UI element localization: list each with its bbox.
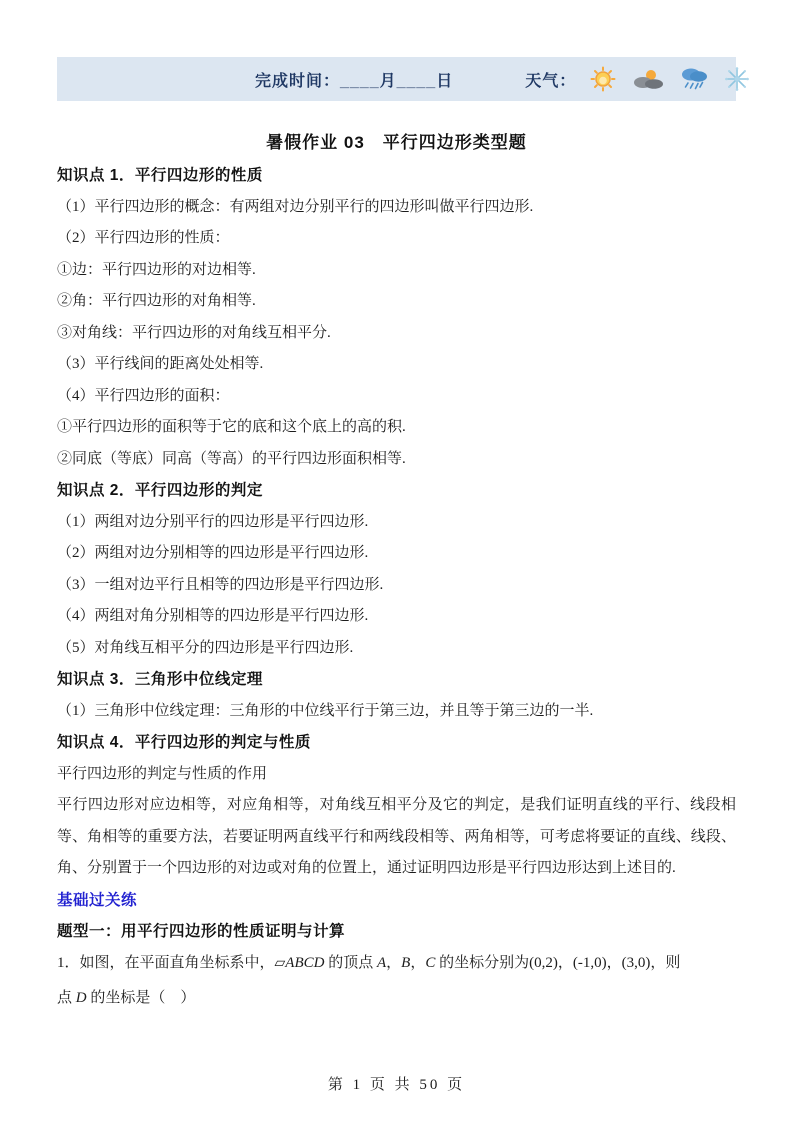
document-body: 知识点 1．平行四边形的性质 （1）平行四边形的概念：有两组对边分别平行的四边形… [57,160,736,1015]
knowledge3-item: （1）三角形中位线定理：三角形的中位线平行于第三边，并且等于第三边的一半. [57,696,736,728]
sun-icon [590,66,616,92]
completion-time-label: 完成时间：____月____日 [255,68,453,91]
knowledge1-heading: 知识点 1．平行四边形的性质 [57,160,736,192]
practice-section-label: 基础过关练 [57,885,736,917]
page-footer: 第 1 页 共 50 页 [0,1073,793,1094]
knowledge2-item: （1）两组对边分别平行的四边形是平行四边形. [57,507,736,539]
knowledge1-subitem: ①边：平行四边形的对边相等. [57,255,736,287]
header-bar: 完成时间：____月____日 天气： [57,57,736,101]
question1-text: 的坐标是（ ） [87,990,196,1006]
question1-text: ， [386,955,401,971]
weather-icons [590,66,750,92]
weather-label: 天气： [525,68,576,91]
knowledge4-heading: 知识点 4．平行四边形的判定与性质 [57,727,736,759]
knowledge1-subitem: ①平行四边形的面积等于它的底和这个底上的高的积. [57,412,736,444]
knowledge1-item: （1）平行四边形的概念：有两组对边分别平行的四边形叫做平行四边形. [57,192,736,224]
question1-text: 点 [57,990,76,1006]
math-var-c: C [425,955,435,971]
knowledge2-item: （4）两组对角分别相等的四边形是平行四边形. [57,601,736,633]
knowledge2-item: （3）一组对边平行且相等的四边形是平行四边形. [57,570,736,602]
knowledge2-item: （5）对角线互相平分的四边形是平行四边形. [57,633,736,665]
rain-cloud-icon [680,66,708,92]
parallelogram-symbol: ▱ [275,955,286,971]
math-var-abcd: ABCD [285,955,324,971]
knowledge1-subitem: ②角：平行四边形的对角相等. [57,286,736,318]
page-title: 暑假作业 03 平行四边形类型题 [0,128,793,153]
partly-cloudy-icon [632,67,664,91]
question1-line2: 点 D 的坐标是（ ） [57,983,736,1015]
knowledge2-item: （2）两组对边分别相等的四边形是平行四边形. [57,538,736,570]
math-var-d: D [76,990,87,1006]
knowledge4-subtitle: 平行四边形的判定与性质的作用 [57,759,736,791]
question1-text: ， [410,955,425,971]
knowledge2-heading: 知识点 2．平行四边形的判定 [57,475,736,507]
math-var-a: A [377,955,386,971]
knowledge1-subitem: ②同底（等底）同高（等高）的平行四边形面积相等. [57,444,736,476]
knowledge4-paragraph: 平行四边形对应边相等，对应角相等，对角线互相平分及它的判定，是我们证明直线的平行… [57,790,736,885]
question1-line1: 1．如图，在平面直角坐标系中，▱ABCD 的顶点 A，B，C 的坐标分别为(0,… [57,948,736,980]
question1-text: 的坐标分别为(0,2)，(-1,0)，(3,0)，则 [435,955,680,971]
math-var-b: B [401,955,410,971]
snowflake-icon [724,66,750,92]
worksheet-page: 完成时间：____月____日 天气： [0,0,793,1122]
question1-text: 的顶点 [324,955,377,971]
knowledge1-item: （2）平行四边形的性质： [57,223,736,255]
topic1-heading: 题型一：用平行四边形的性质证明与计算 [57,916,736,948]
knowledge1-subitem: ③对角线：平行四边形的对角线互相平分. [57,318,736,350]
knowledge1-item: （4）平行四边形的面积： [57,381,736,413]
knowledge3-heading: 知识点 3．三角形中位线定理 [57,664,736,696]
knowledge1-item: （3）平行线间的距离处处相等. [57,349,736,381]
question1-text: 1．如图，在平面直角坐标系中， [57,955,275,971]
